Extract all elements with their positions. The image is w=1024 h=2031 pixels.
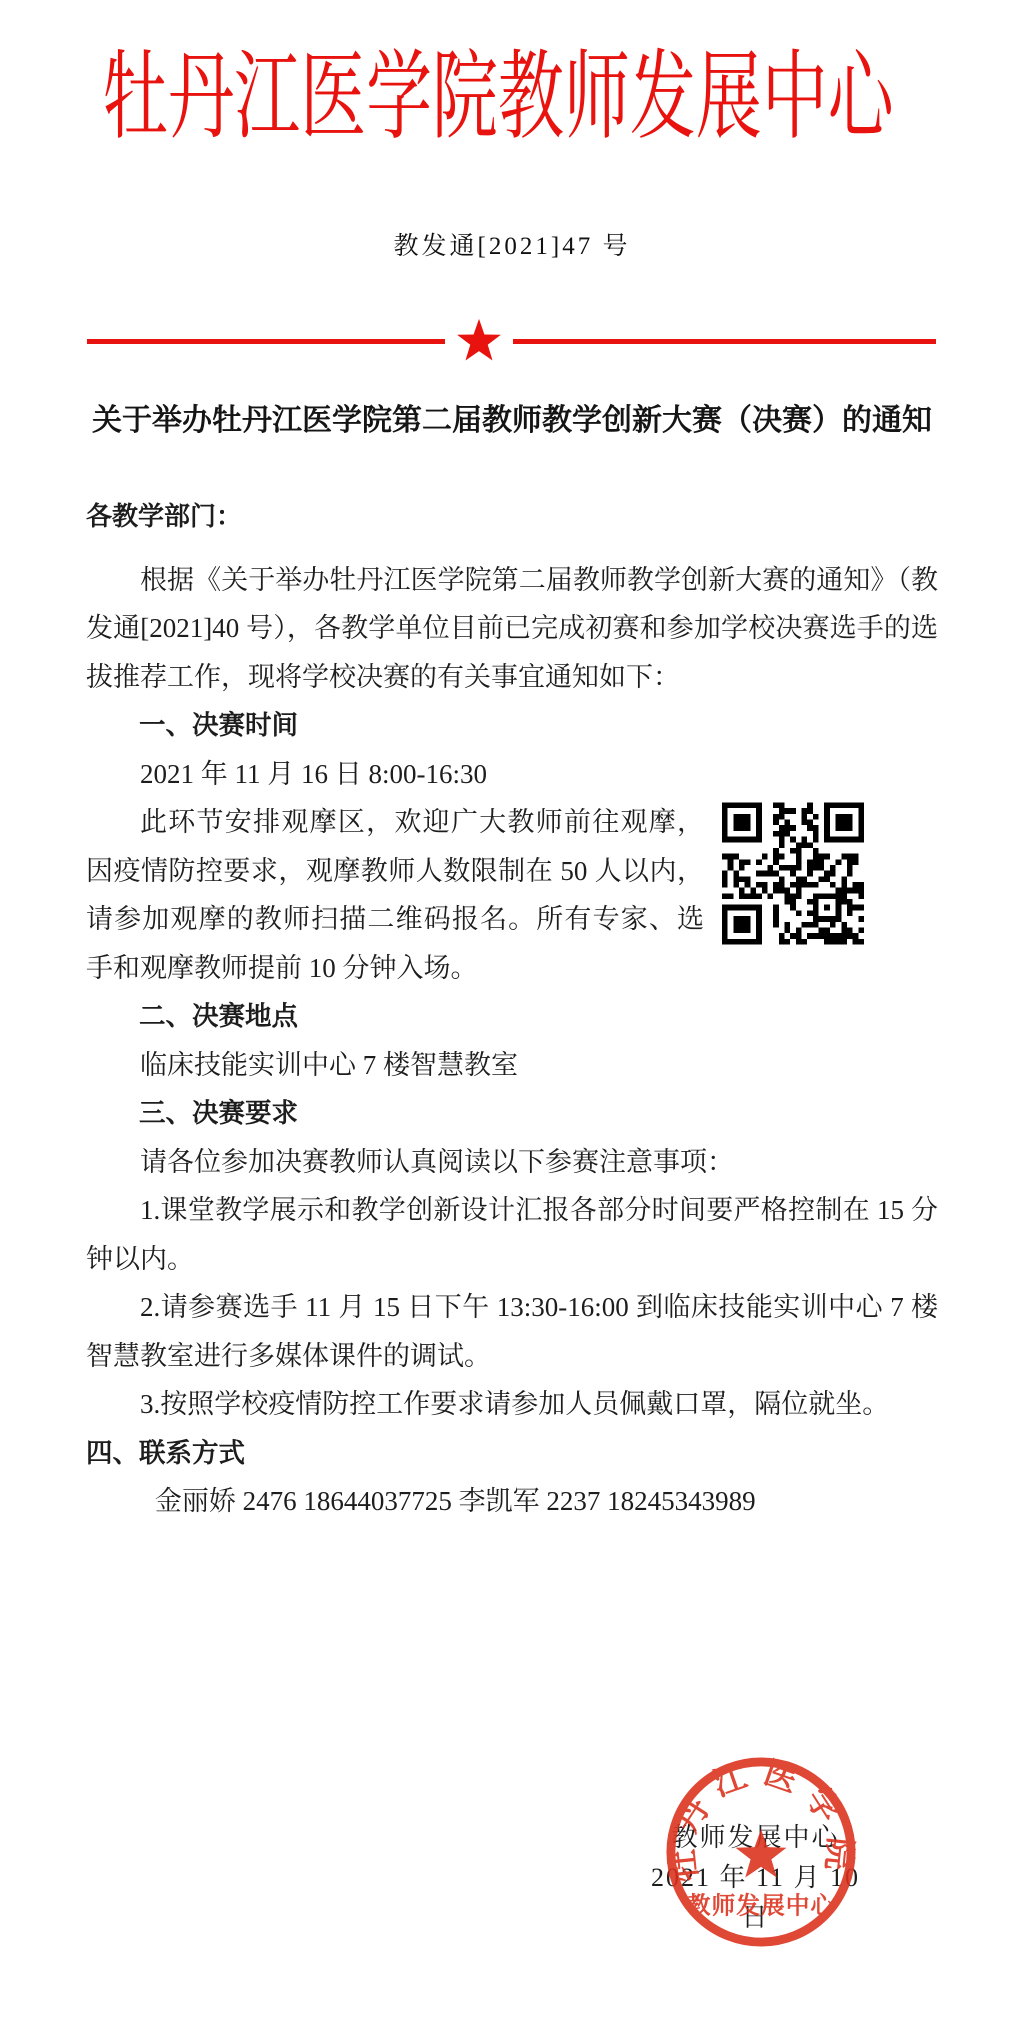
divider-line-right	[513, 339, 936, 344]
requirement-item-1: 1.课堂教学展示和教学创新设计汇报各部分时间要严格控制在 15 分钟以内。	[86, 1186, 938, 1283]
section-3-heading: 三、决赛要求	[86, 1089, 938, 1138]
star-icon	[456, 318, 502, 364]
notice-title: 关于举办牡丹江医学院第二届教师教学创新大赛（决赛）的通知	[40, 400, 984, 442]
section-4-heading: 四、联系方式	[86, 1429, 938, 1478]
seal-icon: 牡丹江医学院 教师发展中心	[662, 1753, 860, 1951]
requirement-item-3: 3.按照学校疫情防控工作要求请参加人员佩戴口罩，隔位就坐。	[86, 1380, 938, 1429]
seal-star-icon	[736, 1829, 787, 1877]
requirements-intro: 请各位参加决赛教师认真阅读以下参赛注意事项：	[86, 1138, 938, 1187]
final-time: 2021 年 11 月 16 日 8:00-16:30	[86, 750, 938, 799]
document-page: 牡丹江医学院教师发展中心 教发通[2021]47 号 关于举办牡丹江医学院第二届…	[0, 0, 1024, 2031]
divider-line-left	[87, 339, 445, 344]
salutation: 各教学部门：	[86, 492, 938, 541]
notice-body: 各教学部门： 根据《关于举办牡丹江医学院第二届教师教学创新大赛的通知》（教发通[…	[86, 492, 938, 1526]
official-seal: 牡丹江医学院 教师发展中心	[662, 1753, 860, 1951]
seal-bottom-text: 教师发展中心	[687, 1891, 836, 1919]
doc-number: 教发通[2021]47 号	[0, 232, 1024, 262]
contact-info: 金丽娇 2476 18644037725 李凯军 2237 1824534398…	[86, 1477, 938, 1526]
intro-paragraph: 根据《关于举办牡丹江医学院第二届教师教学创新大赛的通知》（教发通[2021]40…	[86, 556, 938, 702]
section-2-heading: 二、决赛地点	[86, 992, 938, 1041]
letterhead-org-title: 牡丹江医学院教师发展中心	[0, 0, 1024, 158]
section-1-heading: 一、决赛时间	[86, 701, 938, 750]
qr-code-icon	[722, 801, 864, 946]
requirement-item-2: 2.请参赛选手 11 月 15 日下午 13:30-16:00 到临床技能实训中…	[86, 1283, 938, 1380]
letterhead-org-title-text: 牡丹江医学院教师发展中心	[102, 38, 894, 158]
letterhead-divider	[87, 318, 936, 364]
final-location: 临床技能实训中心 7 楼智慧教室	[86, 1041, 938, 1090]
registration-qr-code	[722, 801, 864, 946]
